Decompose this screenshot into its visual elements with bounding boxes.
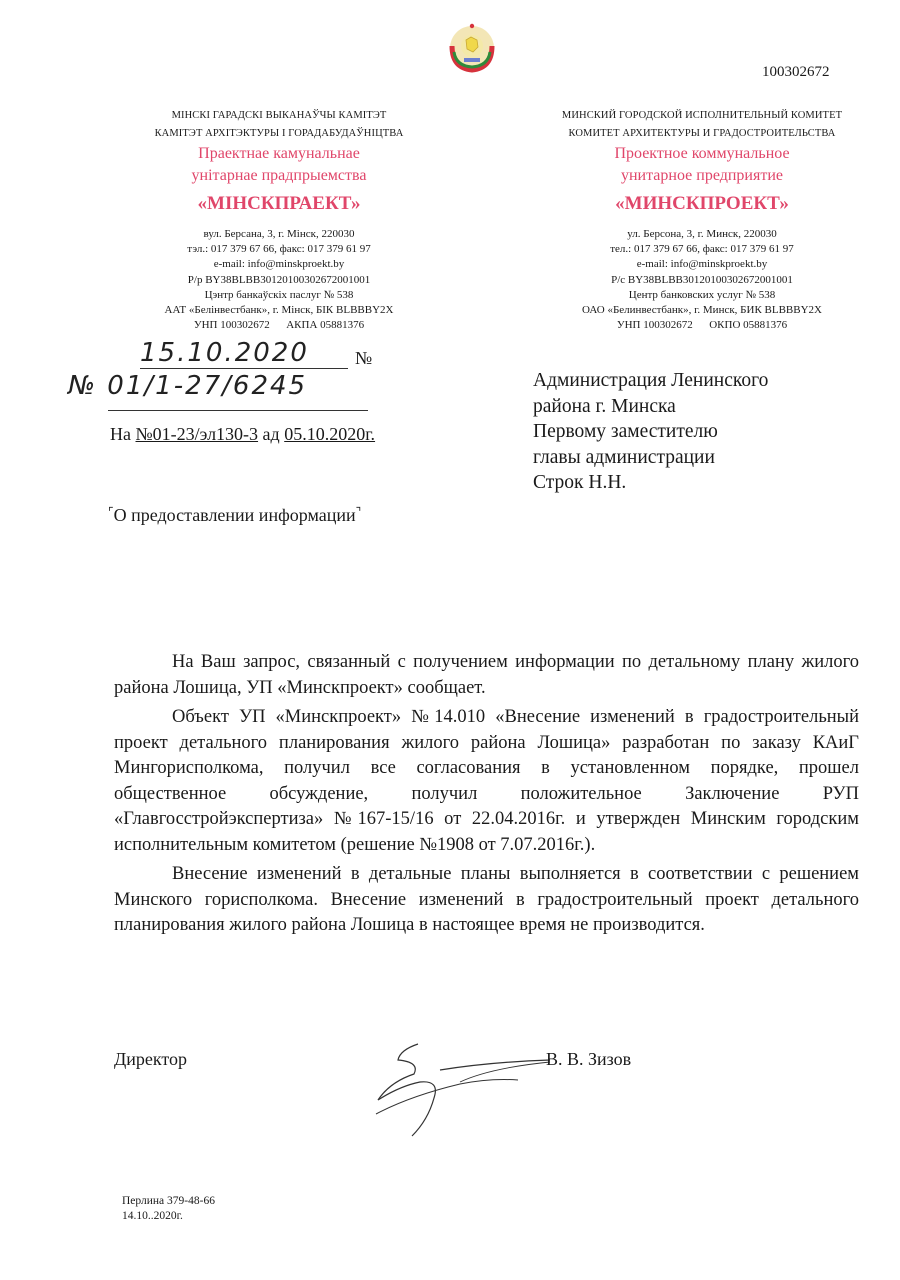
contact-line: Р/р BY38BLBB30120100302672001001 xyxy=(120,273,438,288)
recipient-line: Строк Н.Н. xyxy=(533,470,768,496)
contact-line: Центр банковских услуг № 538 xyxy=(524,288,880,303)
contact-line: ОАО «Белинвестбанк», г. Минск, БИК BLBBB… xyxy=(524,303,880,318)
reference-date: 05.10.2020г. xyxy=(284,424,375,444)
contact-line: ул. Берсона, 3, г. Минск, 220030 xyxy=(524,227,880,242)
letterhead-belarusian: МІНСКІ ГАРАДСКІ ВЫКАНАЎЧЫ КАМІТЭТ КАМІТЭ… xyxy=(120,107,438,333)
contacts-block: ул. Берсона, 3, г. Минск, 220030 тел.: 0… xyxy=(524,227,880,333)
bracket-close-icon: ⌝ xyxy=(356,505,362,519)
authority-line: МИНСКИЙ ГОРОДСКОЙ ИСПОЛНИТЕЛЬНЫЙ КОМИТЕТ xyxy=(524,107,880,125)
recipient-line: главы администрации xyxy=(533,445,768,471)
number-sign: № xyxy=(355,348,372,369)
handwritten-date: 15.10.2020 xyxy=(140,338,348,369)
contact-line: Цэнтр банкаўскіх паслуг № 538 xyxy=(120,288,438,303)
contact-line: УНП 100302672 ОКПО 05881376 xyxy=(524,318,880,333)
subject-text: О предоставлении информации xyxy=(114,505,356,525)
recipient-line: Первому заместителю xyxy=(533,419,768,445)
recipient-line: района г. Минска xyxy=(533,394,768,420)
recipient-line: Администрация Ленинского xyxy=(533,368,768,394)
executor-date: 14.10..2020г. xyxy=(122,1209,215,1224)
body-paragraph: Объект УП «Минскпроект» №14.010 «Внесени… xyxy=(114,705,859,858)
registration-number: 100302672 xyxy=(762,64,830,81)
reference-line: На №01-23/эл130-3 ад 05.10.2020г. xyxy=(110,424,375,445)
letterhead-russian: МИНСКИЙ ГОРОДСКОЙ ИСПОЛНИТЕЛЬНЫЙ КОМИТЕТ… xyxy=(524,107,880,333)
signer-position: Директор xyxy=(114,1049,187,1070)
number-underline xyxy=(108,410,368,411)
contact-line: Р/с BY38BLBB30120100302672001001 xyxy=(524,273,880,288)
org-type-line: унитарное предприятие xyxy=(524,165,880,187)
contact-line: ААТ «Белінвестбанк», г. Мінск, БІК BLBBB… xyxy=(120,303,438,318)
executor-footer: Перлина 379-48-66 14.10..2020г. xyxy=(122,1194,215,1224)
handwritten-number: № 01/1-27/6245 xyxy=(68,371,307,401)
contact-line: e-mail: info@minskproekt.by xyxy=(120,257,438,272)
authority-line: КАМІТЭТ АРХІТЭКТУРЫ І ГОРАДАБУДАЎНІЦТВА xyxy=(120,125,438,143)
subject-line: ⌜О предоставлении информации⌝ xyxy=(108,505,361,526)
signer-name: В. В. Зизов xyxy=(546,1049,631,1070)
contact-line: вул. Берсана, 3, г. Мінск, 220030 xyxy=(120,227,438,242)
org-type-line: унітарнае прадпрыемства xyxy=(120,165,438,187)
reference-mid: ад xyxy=(263,424,280,444)
reference-prefix: На xyxy=(110,424,131,444)
contact-line: e-mail: info@minskproekt.by xyxy=(524,257,880,272)
authority-line: КОМИТЕТ АРХИТЕКТУРЫ И ГРАДОСТРОИТЕЛЬСТВА xyxy=(524,125,880,143)
recipient-block: Администрация Ленинского района г. Минск… xyxy=(533,368,768,496)
contact-line: УНП 100302672 АКПА 05881376 xyxy=(120,318,438,333)
letter-body: На Ваш запрос, связанный с получением ин… xyxy=(114,650,859,943)
authority-line: МІНСКІ ГАРАДСКІ ВЫКАНАЎЧЫ КАМІТЭТ xyxy=(120,107,438,125)
org-type-line: Праектнае камунальнае xyxy=(120,143,438,165)
org-type-line: Проектное коммунальное xyxy=(524,143,880,165)
org-name: «МІНСКПРАЕКТ» xyxy=(120,189,438,219)
signature-icon xyxy=(340,1040,570,1140)
handwritten-signature xyxy=(340,1040,570,1140)
executor-contact: Перлина 379-48-66 xyxy=(122,1194,215,1209)
body-paragraph: Внесение изменений в детальные планы вып… xyxy=(114,862,859,939)
state-emblem xyxy=(446,20,498,74)
contacts-block: вул. Берсана, 3, г. Мінск, 220030 тэл.: … xyxy=(120,227,438,333)
org-name: «МИНСКПРОЕКТ» xyxy=(524,189,880,219)
contact-line: тэл.: 017 379 67 66, факс: 017 379 61 97 xyxy=(120,242,438,257)
contact-line: тел.: 017 379 67 66, факс: 017 379 61 97 xyxy=(524,242,880,257)
reference-number: №01-23/эл130-3 xyxy=(136,424,259,444)
belarus-state-emblem-icon xyxy=(446,20,498,74)
body-paragraph: На Ваш запрос, связанный с получением ин… xyxy=(114,650,859,701)
